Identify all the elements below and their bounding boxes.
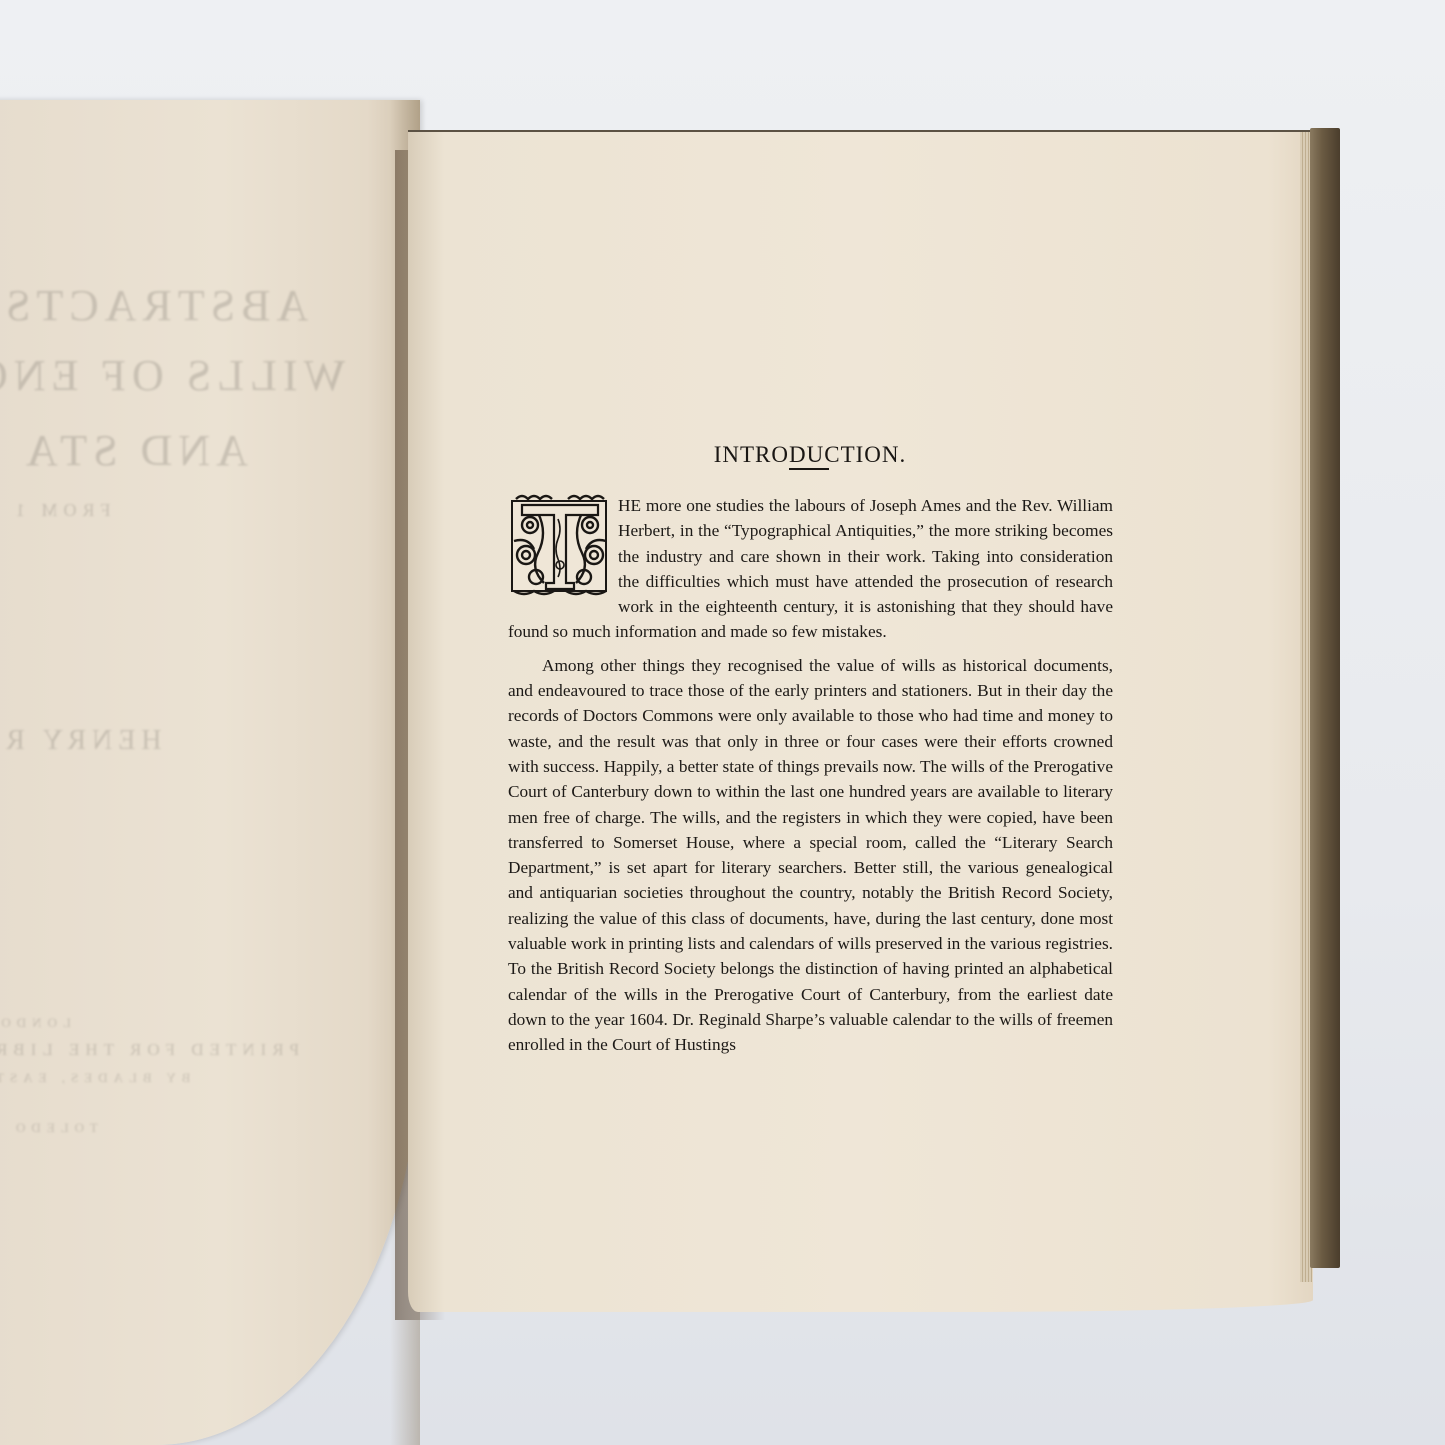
- ornamental-dropcap-t-icon: [508, 493, 612, 597]
- show-through-imprint-1: LONDON: [0, 1015, 71, 1031]
- show-through-title-3: AND STA: [20, 425, 248, 476]
- page-title: INTRODUCTION.: [500, 442, 1120, 468]
- paragraph-2: Among other things they recognised the v…: [508, 653, 1113, 1058]
- show-through-imprint-3: BY BLADES, EAST: [0, 1070, 190, 1086]
- paragraph-1: HE more one studies the labours of Josep…: [508, 493, 1113, 645]
- book-photo: ABSTRACTS WILLS OF ENG AND STA FROM 1 HE…: [0, 0, 1445, 1445]
- show-through-date: FROM 1: [10, 500, 111, 521]
- show-through-title-1: ABSTRACTS: [0, 280, 308, 331]
- show-through-imprint-2: PRINTED FOR THE LIBR: [0, 1040, 299, 1060]
- title-rule: [789, 468, 829, 470]
- show-through-imprint-4: TOLEDO: [10, 1120, 98, 1136]
- book-cover-edge: [1310, 128, 1340, 1268]
- left-page: ABSTRACTS WILLS OF ENG AND STA FROM 1 HE…: [0, 100, 420, 1445]
- show-through-author: HENRY R: [0, 725, 162, 757]
- show-through-title-2: WILLS OF ENG: [0, 350, 345, 401]
- introduction-text: HE more one studies the labours of Josep…: [508, 493, 1113, 1058]
